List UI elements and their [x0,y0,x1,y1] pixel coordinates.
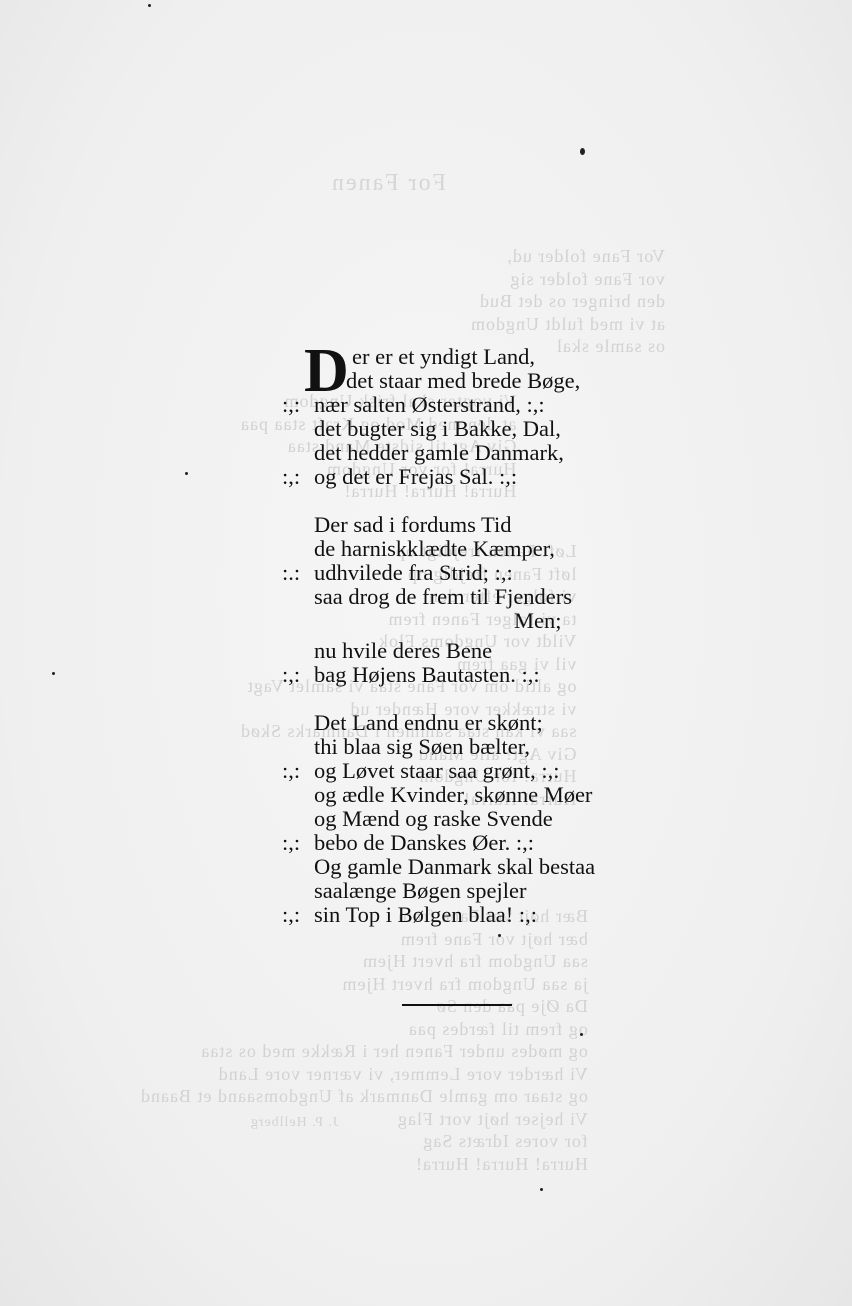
repeat-mark: :,: [282,663,312,687]
poem-line: Og gamle Danmark skal bestaa [282,855,822,879]
ink-speck [498,934,501,937]
poem-line: :,:og det er Frejas Sal. :,: [282,465,822,489]
stanza-2: Der sad i fordums Tid de harniskklædte K… [282,513,822,633]
poem-line: D er er et yndigt Land, [282,345,822,369]
poem-line: saa drog de frem til Fjenders [282,585,822,609]
poem-line: det hedder gamle Danmark, [282,441,822,465]
ink-speck [148,4,151,7]
ink-speck [540,1188,543,1191]
repeat-mark: :,: [282,759,312,783]
poem-line: Det Land endnu er skønt; [282,711,822,735]
poem-line: thi blaa sig Søen bælter, [282,735,822,759]
repeat-mark: :,: [282,903,312,927]
ink-mark [402,1004,512,1006]
poem-line: Men; [282,609,822,633]
show-through-title: For Fanen [330,170,446,197]
stanza-3: Det Land endnu er skønt; thi blaa sig Sø… [282,711,822,927]
repeat-mark: :,: [282,831,312,855]
repeat-mark: :.: [282,561,312,585]
poem-line: de harniskklædte Kæmper, [282,537,822,561]
stanza-1: D er er et yndigt Land, det staar med br… [282,345,822,489]
poem-line: :.:udhvilede fra Strid; :,: [282,561,822,585]
stanza-2b: nu hvile deres Bene :,:bag Højens Bautas… [282,639,822,687]
repeat-mark: :,: [282,393,312,417]
poem-line: nu hvile deres Bene [282,639,822,663]
poem-line: og ædle Kvinder, skønne Møer [282,783,822,807]
poem-line: :,:nær salten Østerstrand, :,: [282,393,822,417]
poem-line: Der sad i fordums Tid [282,513,822,537]
poem-line: :,:bag Højens Bautasten. :,: [282,663,822,687]
poem-line: :,:bebo de Danskes Øer. :,: [282,831,822,855]
poem-line: det bugter sig i Bakke, Dal, [282,417,822,441]
poem-line: :,:sin Top i Bølgen blaa! :,: [282,903,822,927]
repeat-mark: :,: [282,465,312,489]
scanned-page: For Fanen Vor Fane folder ud, vor Fane f… [0,0,852,1306]
poem-line: :,:og Løvet staar saa grønt, :,: [282,759,822,783]
show-through-text: Vor Fane folder ud, vor Fane folder sig … [470,245,665,358]
poem-line: og Mænd og raske Svende [282,807,822,831]
poem-line: saalænge Bøgen spejler [282,879,822,903]
ink-speck [580,1033,583,1036]
ink-speck [185,472,188,475]
show-through-signature: J. P. Hellberg [250,1112,338,1135]
ink-speck [52,672,55,675]
ink-speck [580,148,585,155]
poem: D er er et yndigt Land, det staar med br… [282,345,822,951]
poem-line: det staar med brede Bøge, [282,369,822,393]
